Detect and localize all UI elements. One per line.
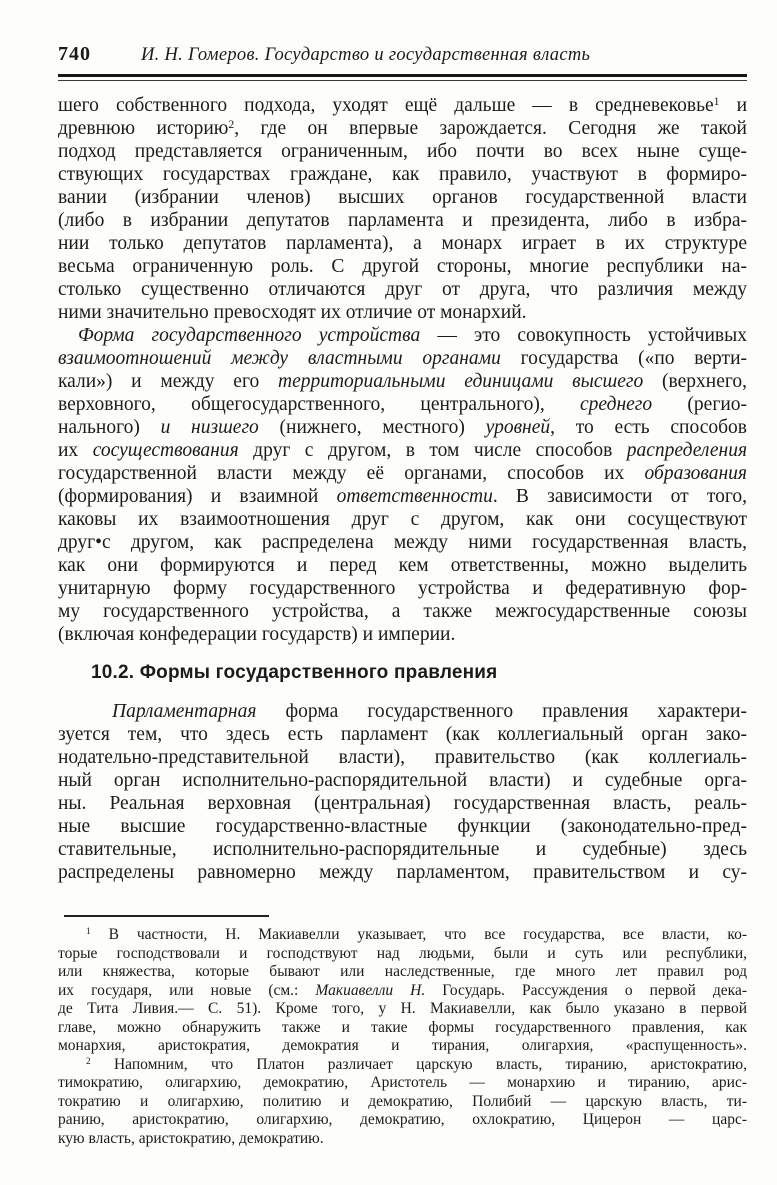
text-line: ними значительно превосходят их отличие … [58,301,747,324]
text-line: нодательно-представительной власти), пра… [58,746,747,769]
text-line: торые господствовали и господствуют над … [58,945,747,964]
text-segment: шего собственного подхода, уходят ещё да… [58,95,714,116]
text-segment: главе, можно обнаружить также и такие фо… [58,1019,747,1036]
text-line: тократию и олигархию, политию и демократ… [58,1093,747,1112]
text-line: столько существенно отличаются друг от д… [58,278,747,301]
text-line: каковы их взаимоотношения друг с другом,… [58,508,747,531]
text-segment: государства («по верти- [501,348,747,369]
text-line: ствующих государствах граждане, как прав… [58,163,747,186]
text-segment: — это совокупность устойчивых [420,325,747,346]
text-segment: государственной власти между её органами… [58,463,645,484]
text-line: (формирования) и взаимной ответственност… [58,485,747,508]
text-segment: и [720,95,747,116]
text-segment: весьма ограниченную роль. С другой сторо… [58,256,747,277]
italic-text-segment: сосуществования [93,440,239,461]
text-segment: (формирования) и взаимной [58,486,337,507]
text-line: вании (избрании членов) высших органов г… [58,186,747,209]
text-segment: Напомним, что Платон различает царскую в… [91,1056,747,1073]
text-segment: . В зависимости от того, [493,486,747,507]
text-line: ставительные, исполнительно-распорядител… [58,838,747,861]
text-segment: ны. Реальная верховная (центральная) гос… [58,793,747,814]
text-segment: нодательно-представительной власти), пра… [58,747,747,768]
footnote-reference: 1 [714,95,720,108]
italic-text-segment: Макиавелли Н. [315,982,425,999]
text-line: ные высшие государственно-властные функц… [58,815,747,838]
text-segment: друг•с другом, как распределена между ни… [58,532,747,553]
text-line: нии только депутатов парламента), а мона… [58,232,747,255]
footnote-2: 2 Напомним, что Платон различает царскую… [58,1056,747,1149]
italic-text-segment: территориальными единицами высшего [278,371,643,392]
text-segment: друг с другом, в том числе способов [239,440,627,461]
text-line: распределены равномерно между парламенто… [58,861,747,884]
section-heading: 10.2. Формы государственного правления [91,662,747,684]
text-segment: их государя, или новые (см.: [58,982,315,999]
text-line: кую власть, аристократию, демократию. [58,1130,747,1149]
text-line: де Тита Ливия.— С. 51). Кроме того, у Н.… [58,1000,747,1019]
text-line: верховного, общегосударственного, центра… [58,393,747,416]
text-line: Форма государственного устройства — это … [58,324,747,347]
text-line: 2 Напомним, что Платон различает царскую… [58,1056,747,1075]
text-line: друг•с другом, как распределена между ни… [58,531,747,554]
text-segment: нального) [58,417,161,438]
text-segment: как они формируются и перед кем ответств… [58,555,747,576]
italic-text-segment: уровней [486,417,550,438]
italic-text-segment: взаимоотношений между властными органами [58,348,501,369]
text-line: их сосуществования друг с другом, в том … [58,439,747,462]
text-segment: распределены равномерно между парламенто… [58,862,747,883]
text-segment: ними значительно превосходят их отличие … [58,302,527,323]
text-line: унитарную форму государственного устройс… [58,577,747,600]
text-line: тимократию, олигархию, демократию, Арист… [58,1074,747,1093]
text-segment: верховного, общегосударственного, центра… [58,394,580,415]
italic-text-segment: среднего [580,394,652,415]
text-segment: (регио- [652,394,747,415]
text-segment: или княжества, которые бывают или наслед… [58,963,747,980]
footnotes-section: 1 В частности, Н. Макиавелли указывает, … [58,915,747,1148]
text-segment: тимократию, олигархию, демократию, Арист… [58,1074,747,1091]
text-segment: форма государственного правления характе… [256,701,747,722]
footnote-1: 1 В частности, Н. Макиавелли указывает, … [58,926,747,1056]
text-line: му государственного устройства, а также … [58,600,747,623]
text-segment: (либо в избрании депутатов парламента и … [58,210,747,231]
text-segment: древнюю историю [58,118,228,139]
text-segment: ранию, аристократию, олигархию, демократ… [58,1111,747,1128]
text-segment: столько существенно отличаются друг от д… [58,279,747,300]
text-line: 1 В частности, Н. Макиавелли указывает, … [58,926,747,945]
paragraph-republics-vs-monarchies: шего собственного подхода, уходят ещё да… [58,94,747,324]
text-segment: тократию и олигархию, политию и демократ… [58,1093,747,1110]
text-segment: де Тита Ливия.— С. 51). Кроме того, у Н.… [58,1000,747,1017]
text-line: весьма ограниченную роль. С другой сторо… [58,255,747,278]
page-header: 740 И. Н. Гомеров. Государство и государ… [58,43,747,65]
italic-text-segment: распределения [627,440,747,461]
text-segment: унитарную форму государственного устройс… [58,578,747,599]
text-line: (либо в избрании депутатов парламента и … [58,209,747,232]
text-line: кали») и между его территориальными един… [58,370,747,393]
text-line: ранию, аристократию, олигархию, демократ… [58,1111,747,1130]
page-body: шего собственного подхода, уходят ещё да… [58,94,747,884]
text-segment: кали») и между его [58,371,278,392]
italic-text-segment: образования [645,463,747,484]
footnote-reference: 2 [86,1057,91,1067]
paragraph-form-of-state-structure: Форма государственного устройства — это … [58,324,747,646]
footnote-reference: 1 [86,927,91,937]
footnote-reference: 2 [228,118,234,131]
text-segment: их [58,440,93,461]
italic-text-segment: и низшего [161,417,259,438]
text-segment: нии только депутатов парламента), а мона… [58,233,747,254]
text-segment: Государь. Рассуждения о первой дека- [425,982,747,999]
running-title: И. Н. Гомеров. Государство и государстве… [141,45,590,66]
text-line: ны. Реальная верховная (центральная) гос… [58,792,747,815]
text-segment: ный орган исполнительно-распорядительной… [58,770,747,791]
text-line: шего собственного подхода, уходят ещё да… [58,94,747,117]
text-line: (включая конфедерации государств) и импе… [58,623,747,646]
text-segment: В частности, Н. Макиавелли указывает, чт… [91,926,747,943]
text-segment: , то есть способов [550,417,747,438]
text-segment: торые господствовали и господствуют над … [58,945,747,962]
text-line: или княжества, которые бывают или наслед… [58,963,747,982]
text-line: древнюю историю2, где он впервые зарожда… [58,117,747,140]
text-segment: му государственного устройства, а также … [58,601,747,622]
text-line: их государя, или новые (см.: Макиавелли … [58,982,747,1001]
italic-text-segment: Парламентарная [112,701,256,722]
text-segment: подход представляется ограниченным, ибо … [58,141,747,162]
text-segment: ставительные, исполнительно-распорядител… [58,839,747,860]
text-line: взаимоотношений между властными органами… [58,347,747,370]
text-segment: вании (избрании членов) высших органов г… [58,187,747,208]
page-number: 740 [58,43,91,66]
text-segment: каковы их взаимоотношения друг с другом,… [58,509,747,530]
text-line: нального) и низшего (нижнего, местного) … [58,416,747,439]
text-segment: , где он впервые зарождается. Сегодня же… [234,118,747,139]
text-segment: монархия, аристократия, демократия и тир… [58,1037,747,1054]
text-line: подход представляется ограниченным, ибо … [58,140,747,163]
text-segment: (верхнего, [643,371,747,392]
text-line: главе, можно обнаружить также и такие фо… [58,1019,747,1038]
book-page: 740 И. Н. Гомеров. Государство и государ… [0,0,777,1148]
paragraph-parliamentary-form: Парламентарная форма государственного пр… [58,700,747,884]
text-line: государственной власти между её органами… [58,462,747,485]
text-segment: (включая конфедерации государств) и импе… [58,624,455,645]
italic-text-segment: Форма государственного устройства [78,325,420,346]
text-line: Парламентарная форма государственного пр… [58,700,747,723]
text-segment: зуется тем, что здесь есть парламент (ка… [58,724,747,745]
text-line: зуется тем, что здесь есть парламент (ка… [58,723,747,746]
italic-text-segment: ответственности [337,486,493,507]
text-segment: ствующих государствах граждане, как прав… [58,164,747,185]
text-line: монархия, аристократия, демократия и тир… [58,1037,747,1056]
text-line: как они формируются и перед кем ответств… [58,554,747,577]
text-segment: (нижнего, местного) [259,417,486,438]
header-rule [58,74,747,81]
text-segment: ные высшие государственно-властные функц… [58,816,747,837]
footnote-separator [64,915,269,917]
text-line: ный орган исполнительно-распорядительной… [58,769,747,792]
text-segment: кую власть, аристократию, демократию. [58,1130,324,1147]
